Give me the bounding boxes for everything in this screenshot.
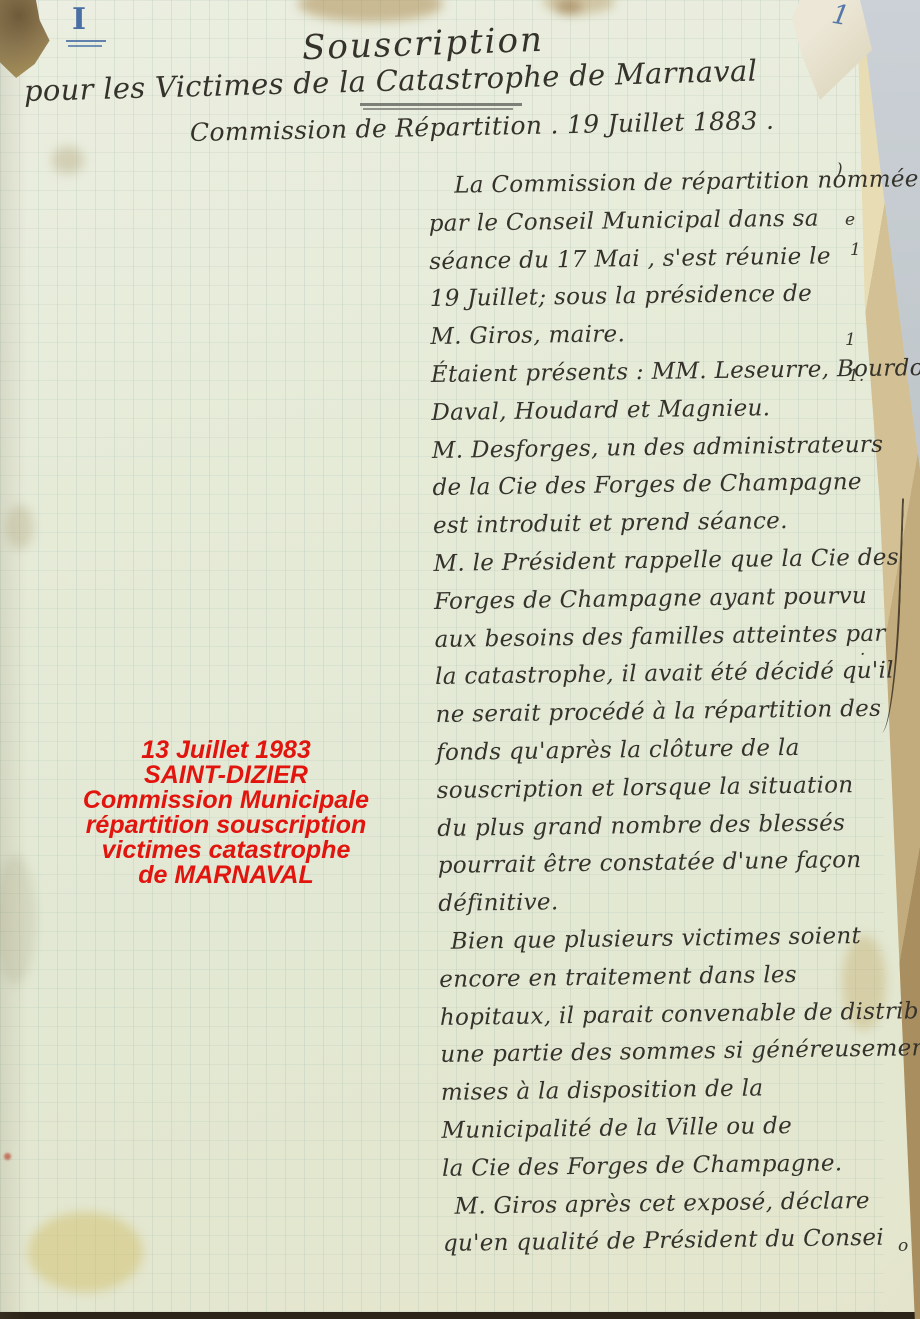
manuscript-line: encore en traitement dans les (439, 955, 891, 999)
ink-bleed-mark: 1 (850, 240, 861, 260)
manuscript-line: la Cie des Forges de Champagne. (442, 1144, 894, 1188)
ink-bleed-mark: 1. (848, 366, 864, 386)
manuscript-line: par le Conseil Municipal dans sa (429, 199, 881, 243)
caption-line-victims: victimes catastrophe (58, 838, 394, 863)
caption-line-city: SAINT-DIZIER (58, 763, 394, 788)
archival-caption-overlay: 13 Juillet 1983 SAINT-DIZIER Commission … (58, 738, 394, 888)
manuscript-line: une partie des sommes si généreusement (440, 1031, 892, 1075)
stain (28, 1212, 143, 1292)
manuscript-line: séance du 17 Mai , s'est réunie le (429, 237, 881, 281)
manuscript-line: du plus grand nombre des blessés (437, 804, 889, 848)
manuscript-line: Daval, Houdard et Magnieu. (431, 388, 883, 432)
stain (6, 505, 34, 549)
manuscript-line: Bien que plusieurs victimes soient (439, 918, 891, 962)
manuscript-line: hopitaux, il parait convenable de distri… (440, 993, 892, 1037)
manuscript-line: de la Cie des Forges de Champagne (432, 464, 884, 508)
manuscript-line: 19 Juillet; sous la présidence de (430, 275, 882, 319)
folio-underline (66, 40, 106, 42)
ink-bleed-mark: e (845, 210, 855, 230)
pencil-rule (363, 108, 513, 110)
manuscript-line: est introduit et prend séance. (433, 502, 885, 546)
photo-bottom-edge (0, 1312, 920, 1319)
manuscript-line: souscription et lorsque la situation (436, 766, 888, 810)
pencil-rule (360, 103, 522, 106)
document-photo: I 1 Souscription pour les Victimes de la… (0, 0, 920, 1319)
caption-line-commission: Commission Municipale (58, 788, 394, 813)
manuscript-line: mises à la disposition de la (441, 1069, 893, 1113)
manuscript-line: la catastrophe, il avait été décidé qu'i… (435, 653, 887, 697)
stain (52, 146, 84, 174)
manuscript-line: M. le Président rappelle que la Cie des (433, 540, 885, 584)
manuscript-line: aux besoins des familles atteintes par (434, 615, 886, 659)
manuscript-line: pourrait être constatée d'une façon (437, 842, 889, 886)
manuscript-line: M. Giros après cet exposé, déclare (442, 1182, 894, 1226)
manuscript-line: qu'en qualité de Président du Consei (443, 1220, 895, 1264)
caption-line-date: 13 Juillet 1983 (58, 738, 394, 763)
manuscript-line: définitive. (438, 880, 890, 924)
folio-underline (68, 45, 102, 47)
ink-bleed-mark: o (898, 1236, 908, 1256)
ink-bleed-mark: ) (836, 160, 843, 180)
manuscript-line: Forges de Champagne ayant pourvu (434, 577, 886, 621)
caption-line-repartition: répartition souscription (58, 813, 394, 838)
folio-numeral: I (72, 2, 86, 37)
red-speck (4, 1153, 11, 1160)
manuscript-line: La Commission de répartition nommée (428, 162, 880, 206)
manuscript-body: La Commission de répartition nommée par … (428, 162, 895, 1264)
manuscript-line: M. Giros, maire. (430, 313, 882, 357)
manuscript-line: ne serait procédé à la répartition des (435, 691, 887, 735)
ink-bleed-mark: 1 (845, 330, 856, 350)
manuscript-line: Municipalité de la Ville ou de (441, 1107, 893, 1151)
stain (556, 0, 582, 14)
ink-bleed-mark: . (860, 640, 865, 660)
caption-line-place: de MARNAVAL (58, 863, 394, 888)
manuscript-line: fonds qu'après la clôture de la (436, 729, 888, 773)
manuscript-line: M. Desforges, un des administrateurs (432, 426, 884, 470)
manuscript-line: Étaient présents : MM. Leseurre, Bourdon… (431, 351, 883, 395)
